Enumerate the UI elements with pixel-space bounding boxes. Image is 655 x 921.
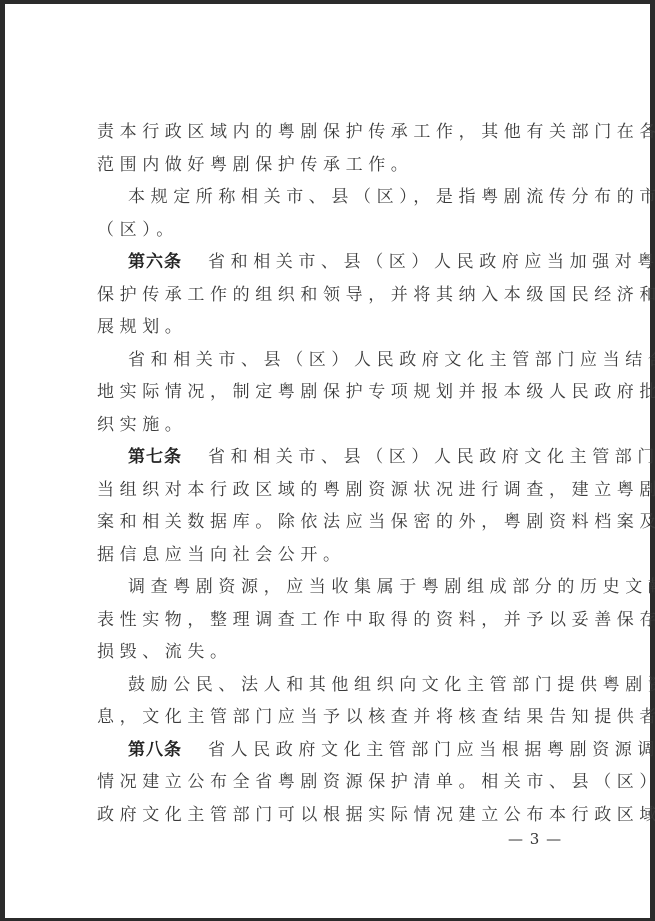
article-8-text: 省人民政府文化主管部门应当根据粤剧资源调查 xyxy=(208,740,655,760)
paragraph-start-line: 省和相关市、县（区）人民政府文化主管部门应当结合本 xyxy=(97,344,575,377)
text-line: 息，文化主管部门应当予以核查并将核查结果告知提供者。 xyxy=(97,701,575,734)
text-line: 情况建立公布全省粤剧资源保护清单。相关市、县（区）人民 xyxy=(97,766,575,799)
text-line: 地实际情况，制定粤剧保护专项规划并报本级人民政府批准后组 xyxy=(97,376,575,409)
document-page: 责本行政区域内的粤剧保护传承工作，其他有关部门在各自职责 范围内做好粤剧保护传承… xyxy=(5,4,650,918)
text-line: 责本行政区域内的粤剧保护传承工作，其他有关部门在各自职责 xyxy=(97,116,575,149)
paragraph-start-line: 鼓励公民、法人和其他组织向文化主管部门提供粤剧资源信 xyxy=(97,669,575,702)
paragraph-start-line: 调查粤剧资源，应当收集属于粤剧组成部分的历史文献和代 xyxy=(97,571,575,604)
text-line: （区）。 xyxy=(97,214,575,247)
article-6-text: 省和相关市、县（区）人民政府应当加强对粤剧 xyxy=(208,252,655,272)
text-line: 损毁、流失。 xyxy=(97,636,575,669)
text-line: 展规划。 xyxy=(97,311,575,344)
text-line: 当组织对本行政区域的粤剧资源状况进行调查，建立粤剧资料档 xyxy=(97,474,575,507)
text-line: 表性实物，整理调查工作中取得的资料，并予以妥善保存，防止 xyxy=(97,604,575,637)
text-line: 据信息应当向社会公开。 xyxy=(97,539,575,572)
article-7-text: 省和相关市、县（区）人民政府文化主管部门应 xyxy=(208,447,655,467)
article-8-line: 第八条省人民政府文化主管部门应当根据粤剧资源调查 xyxy=(97,734,575,767)
text-line: 织实施。 xyxy=(97,409,575,442)
text-line: 范围内做好粤剧保护传承工作。 xyxy=(97,149,575,182)
text-line: 政府文化主管部门可以根据实际情况建立公布本行政区域内的粤 xyxy=(97,799,575,832)
article-7-heading: 第七条 xyxy=(128,447,182,467)
text-line: 保护传承工作的组织和领导，并将其纳入本级国民经济和社会发 xyxy=(97,279,575,312)
article-6-line: 第六条省和相关市、县（区）人民政府应当加强对粤剧 xyxy=(97,246,575,279)
article-7-line: 第七条省和相关市、县（区）人民政府文化主管部门应 xyxy=(97,441,575,474)
text-line: 案和相关数据库。除依法应当保密的外，粤剧资料档案及相关数 xyxy=(97,506,575,539)
body-text: 责本行政区域内的粤剧保护传承工作，其他有关部门在各自职责 范围内做好粤剧保护传承… xyxy=(97,116,575,831)
paragraph-start-line: 本规定所称相关市、县（区），是指粤剧流传分布的市、县 xyxy=(97,181,575,214)
page-number: — 3 — xyxy=(508,830,562,848)
article-8-heading: 第八条 xyxy=(128,740,182,760)
article-6-heading: 第六条 xyxy=(128,252,182,272)
